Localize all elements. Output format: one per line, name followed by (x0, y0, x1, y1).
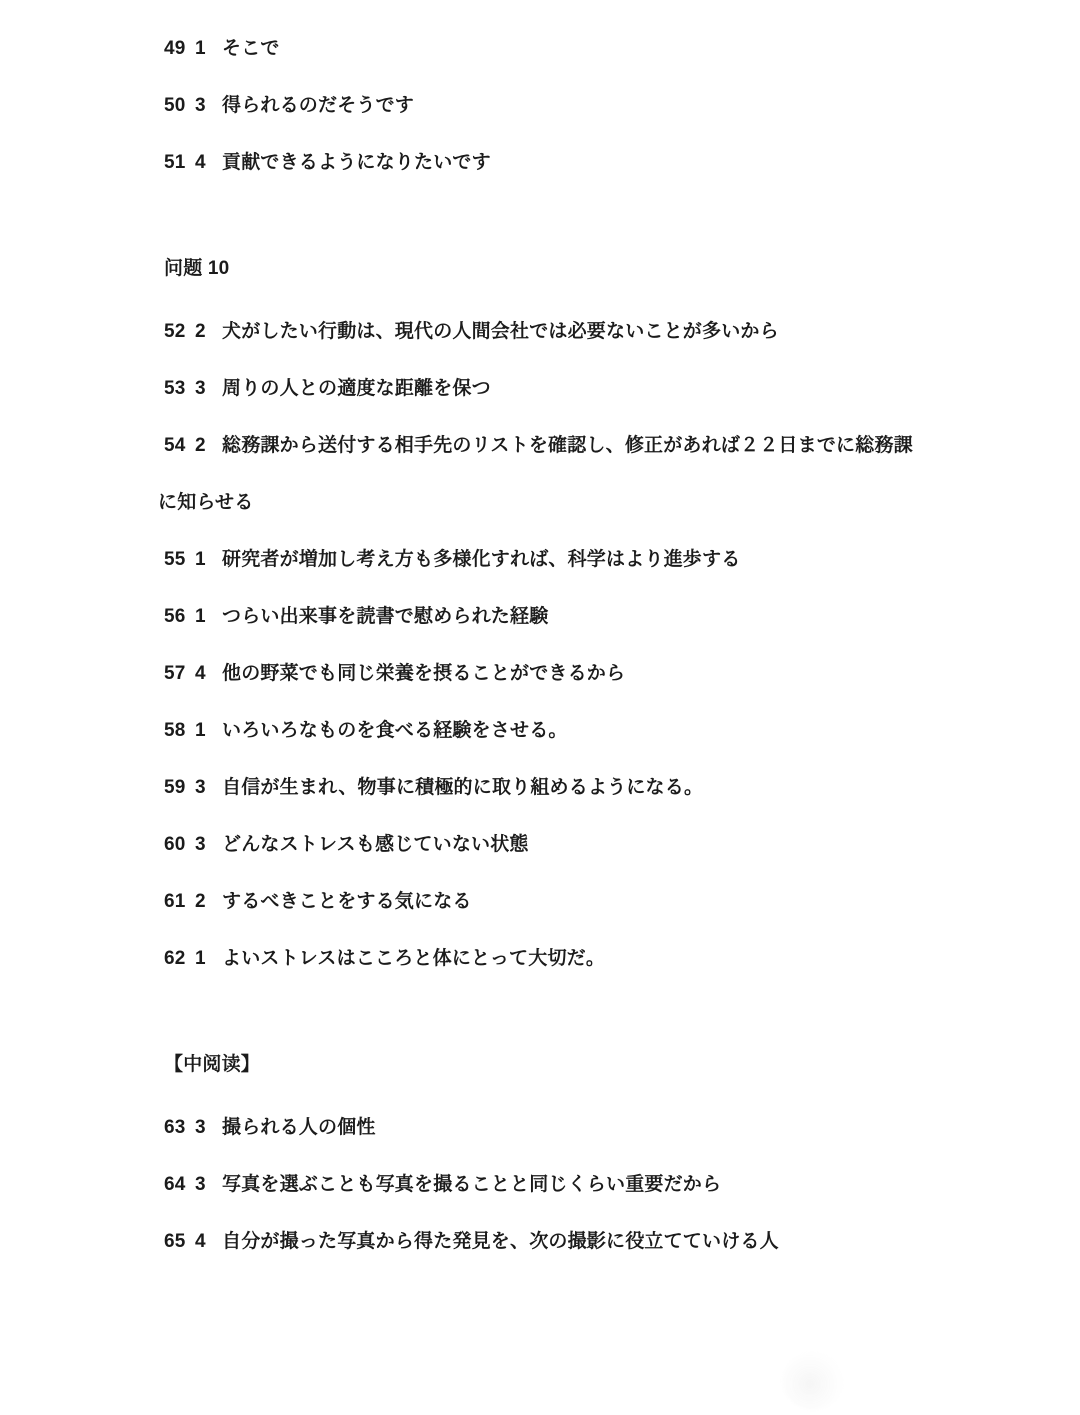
question-number: 56 (164, 606, 195, 628)
answer-line-52: 52 2 犬がしたい行動は、現代の人間会社では必要ないことが多いから (164, 321, 1020, 343)
answer-choice: 3 (195, 777, 222, 799)
answer-line-60: 60 3 どんなストレスも感じていない状態 (164, 834, 1020, 856)
answer-text: 周りの人との適度な距離を保つ (222, 378, 491, 400)
question-number: 58 (164, 720, 195, 742)
answer-text: よいストレスはこころと体にとって大切だ。 (222, 948, 605, 970)
answer-key-page: 49 1 そこで 50 3 得られるのだそうです 51 4 貢献できるようになり… (0, 0, 1080, 1415)
question-number: 59 (164, 777, 195, 799)
answer-text: するべきことをする気になる (222, 891, 472, 913)
question-number: 65 (164, 1231, 195, 1253)
question-number: 63 (164, 1117, 195, 1139)
answer-choice: 1 (195, 948, 222, 970)
answer-choice: 2 (195, 435, 222, 457)
answer-choice: 2 (195, 321, 222, 343)
answer-line-58: 58 1 いろいろなものを食べる経験をさせる。 (164, 720, 1020, 742)
question-number: 49 (164, 38, 195, 60)
question-number: 55 (164, 549, 195, 571)
answer-text: 自信が生まれ、物事に積極的に取り組めるようになる。 (222, 777, 703, 799)
answer-line-57: 57 4 他の野菜でも同じ栄養を摂ることができるから (164, 663, 1020, 685)
answer-text: つらい出来事を読書で慰められた経験 (222, 606, 548, 628)
answer-text-continuation: に知らせる (158, 492, 253, 514)
answer-line-64: 64 3 写真を選ぶことも写真を撮ることと同じくらい重要だから (164, 1174, 1020, 1196)
answer-line-49: 49 1 そこで (164, 38, 1020, 60)
answer-text: 研究者が増加し考え方も多様化すれば、科学はより進歩する (222, 549, 740, 571)
answer-line-50: 50 3 得られるのだそうです (164, 95, 1020, 117)
answer-choice: 1 (195, 606, 222, 628)
answer-text: 写真を選ぶことも写真を撮ることと同じくらい重要だから (222, 1174, 721, 1196)
answer-choice: 4 (195, 152, 222, 174)
question-number: 51 (164, 152, 195, 174)
answer-choice: 3 (195, 1117, 222, 1139)
answer-text: 貢献できるようになりたいです (222, 152, 491, 174)
question-number: 52 (164, 321, 195, 343)
answer-text: 得られるのだそうです (222, 95, 414, 117)
answer-line-59: 59 3 自信が生まれ、物事に積極的に取り組めるようになる。 (164, 777, 1020, 799)
faint-watermark-smudge (782, 1352, 844, 1410)
answer-choice: 2 (195, 891, 222, 913)
answer-line-56: 56 1 つらい出来事を読書で慰められた経験 (164, 606, 1020, 628)
answer-line-62: 62 1 よいストレスはこころと体にとって大切だ。 (164, 948, 1020, 970)
answer-choice: 4 (195, 663, 222, 685)
answer-choice: 3 (195, 1174, 222, 1196)
answer-text: 犬がしたい行動は、現代の人間会社では必要ないことが多いから (222, 321, 779, 343)
section-heading-text: 问题 10 (164, 258, 229, 280)
answer-line-51: 51 4 貢献できるようになりたいです (164, 152, 1020, 174)
answer-line-63: 63 3 撮られる人の個性 (164, 1117, 1020, 1139)
question-number: 62 (164, 948, 195, 970)
answer-line-53: 53 3 周りの人との適度な距離を保つ (164, 378, 1020, 400)
question-number: 57 (164, 663, 195, 685)
answer-text: 自分が撮った写真から得た発見を、次の撮影に役立てていける人 (222, 1231, 779, 1253)
answer-choice: 3 (195, 378, 222, 400)
answer-choice: 1 (195, 549, 222, 571)
answer-text: どんなストレスも感じていない状態 (222, 834, 529, 856)
question-number: 61 (164, 891, 195, 913)
answer-choice: 3 (195, 834, 222, 856)
section-heading-mondai-10: 问题 10 (164, 258, 1020, 280)
answer-line-55: 55 1 研究者が増加し考え方も多様化すれば、科学はより進歩する (164, 549, 1020, 571)
answer-choice: 3 (195, 95, 222, 117)
answer-text: そこで (222, 38, 280, 60)
question-number: 64 (164, 1174, 195, 1196)
answer-line-54-continuation: に知らせる (164, 492, 1020, 514)
answer-text: いろいろなものを食べる経験をさせる。 (222, 720, 568, 742)
answer-text: 総務課から送付する相手先のリストを確認し、修正があれば２２日までに総務課 (222, 435, 913, 457)
answer-choice: 1 (195, 38, 222, 60)
answer-choice: 4 (195, 1231, 222, 1253)
question-number: 54 (164, 435, 195, 457)
answer-text: 撮られる人の個性 (222, 1117, 376, 1139)
question-number: 60 (164, 834, 195, 856)
answer-line-61: 61 2 するべきことをする気になる (164, 891, 1020, 913)
answer-line-65: 65 4 自分が撮った写真から得た発見を、次の撮影に役立てていける人 (164, 1231, 1020, 1253)
section-heading-chuu-yomikaki: 【中阅读】 (164, 1054, 1020, 1076)
answer-line-54: 54 2 総務課から送付する相手先のリストを確認し、修正があれば２２日までに総務… (164, 435, 1020, 457)
question-number: 50 (164, 95, 195, 117)
answer-choice: 1 (195, 720, 222, 742)
section-heading-text: 【中阅读】 (164, 1054, 260, 1076)
question-number: 53 (164, 378, 195, 400)
answer-text: 他の野菜でも同じ栄養を摂ることができるから (222, 663, 625, 685)
